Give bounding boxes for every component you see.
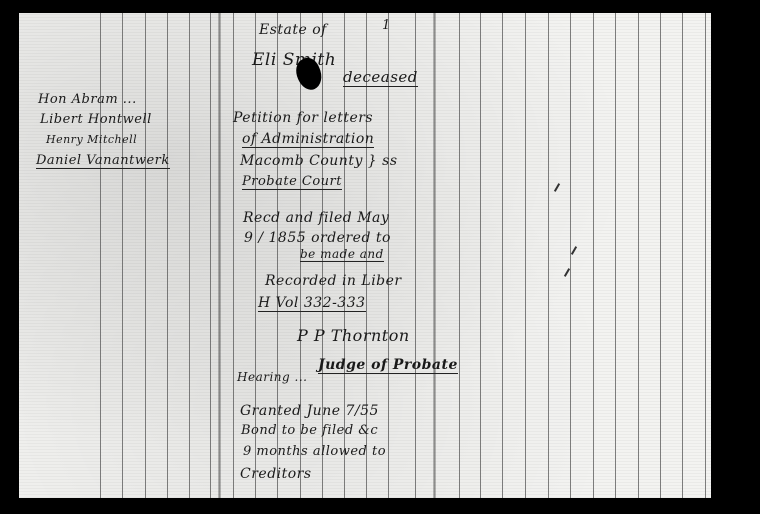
- petition-line-2: of Administration: [242, 131, 374, 148]
- court-line: Probate Court: [242, 174, 342, 190]
- rule-line: [525, 13, 526, 498]
- rule-line: [660, 13, 661, 498]
- decedent-status: deceased: [343, 68, 418, 87]
- recorded-line-1: Recorded in Liber: [265, 273, 402, 289]
- left-line-4: Daniel Vanantwerk: [36, 153, 170, 169]
- received-line-3: be made and: [300, 247, 384, 262]
- rule-line: [210, 13, 211, 498]
- rule-line: [593, 13, 594, 498]
- received-line-2: 9 / 1855 ordered to: [244, 230, 391, 246]
- rule-line: [548, 13, 549, 498]
- recorded-line-2: H Vol 332-333: [258, 295, 366, 312]
- left-line-3: Henry Mitchell: [46, 133, 137, 146]
- received-line-1: Recd and filed May: [243, 210, 389, 226]
- granted-line-4: Creditors: [240, 466, 312, 482]
- page-fold: [433, 13, 436, 498]
- rule-line: [682, 13, 683, 498]
- rule-line: [122, 13, 123, 498]
- estate-heading: Estate of: [259, 22, 327, 38]
- rule-line: [145, 13, 146, 498]
- rule-line: [480, 13, 481, 498]
- rule-line: [615, 13, 616, 498]
- granted-line-2: Bond to be filed &c: [241, 423, 378, 438]
- petition-line-1: Petition for letters: [233, 110, 373, 126]
- granted-line-3: 9 months allowed to: [243, 444, 386, 459]
- granted-line-1: Granted June 7/55: [240, 403, 379, 419]
- rule-line: [502, 13, 503, 498]
- left-line-2: Libert Hontwell: [40, 112, 152, 127]
- hearing-note: Hearing ...: [237, 370, 307, 384]
- rule-line: [570, 13, 571, 498]
- rule-line: [189, 13, 190, 498]
- judge-title: Judge of Probate: [318, 357, 458, 374]
- docket-mark: 1: [382, 18, 391, 33]
- rule-line: [233, 13, 234, 498]
- decedent-name: Eli Smith: [252, 50, 336, 70]
- rule-line: [100, 13, 101, 498]
- county-line: Macomb County } ss: [240, 153, 398, 169]
- rule-line: [459, 13, 460, 498]
- page-fold: [218, 13, 221, 498]
- left-line-1: Hon Abram ...: [38, 92, 137, 107]
- judge-signature: P P Thornton: [297, 326, 410, 345]
- rule-line: [638, 13, 639, 498]
- rule-line: [167, 13, 168, 498]
- rule-line: [705, 13, 706, 498]
